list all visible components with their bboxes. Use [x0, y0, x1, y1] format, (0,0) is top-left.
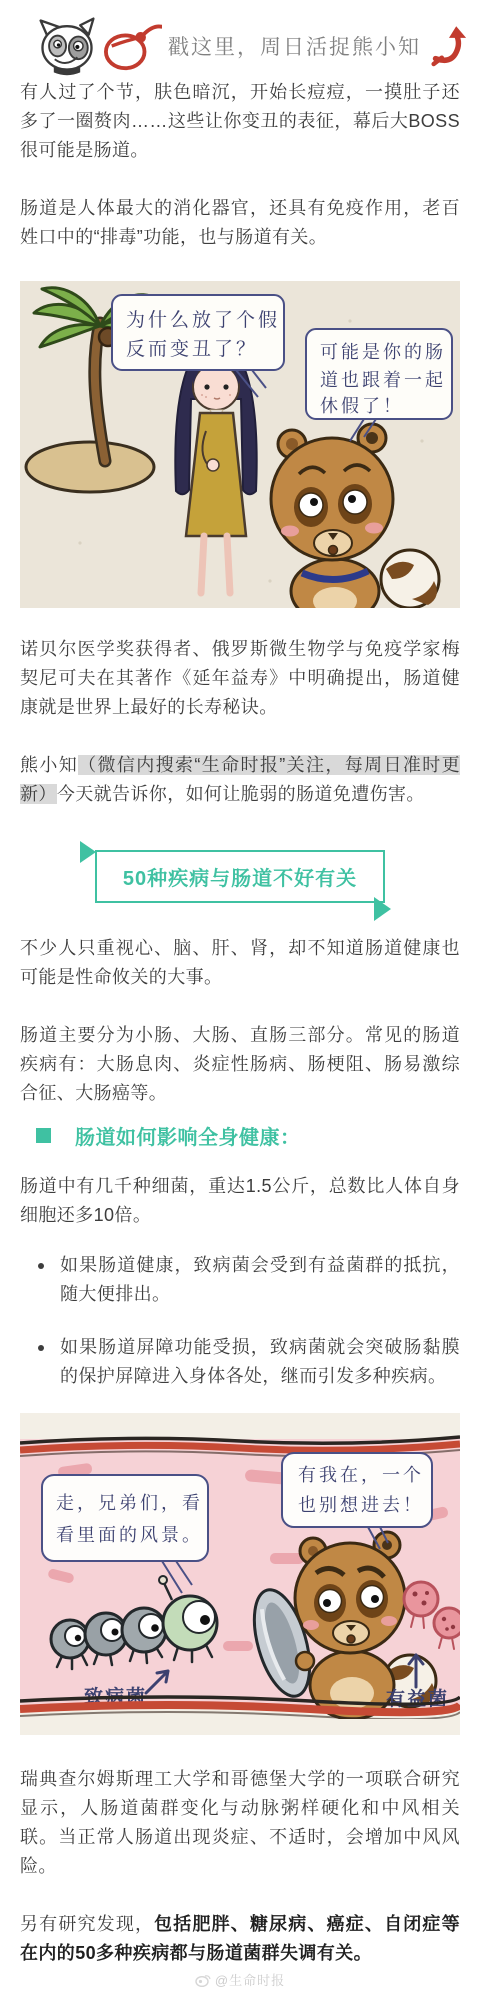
- svg-text:休假了！: 休假了！: [320, 396, 404, 417]
- weibo-icon: [195, 1973, 211, 1987]
- triangle-left-icon: [80, 841, 96, 863]
- sub-heading: 肠道如何影响全身健康：: [20, 1121, 460, 1150]
- paragraph-diseases: 另有研究发现，包括肥胖、糖尿病、癌症、自闭症等在内的50多种疾病都与肠道菌群失调…: [20, 1910, 460, 1968]
- sub-heading-text: 肠道如何影响全身健康：: [75, 1121, 301, 1150]
- raccoon-face-icon: [34, 15, 100, 77]
- svg-text:反而变丑了？: 反而变丑了？: [126, 338, 258, 360]
- top-banner-link[interactable]: 戳这里，周日活捉熊小知: [0, 0, 480, 78]
- svg-text:有益菌: 有益菌: [386, 1687, 449, 1710]
- triangle-right-icon: [374, 897, 391, 921]
- paragraph-nobel: 诺贝尔医学奖获得者、俄罗斯微生物学与免疫学家梅契尼可夫在其著作《延年益寿》中明确…: [20, 635, 460, 722]
- svg-text:可能是你的肠: 可能是你的肠: [320, 342, 446, 363]
- p9-prefix: 另有研究发现，: [20, 1914, 154, 1934]
- svg-text:道也跟着一起: 道也跟着一起: [320, 370, 446, 391]
- bullet-item-healthy: 如果肠道健康，致病菌会受到有益菌群的抵抗，随大便排出。: [20, 1251, 460, 1309]
- paragraph-study: 瑞典查尔姆斯理工大学和哥德堡大学的一项联合研究显示，人肠道菌群变化与动脉粥样硬化…: [20, 1765, 460, 1881]
- paragraph-gut-parts: 肠道主要分为小肠、大肠、直肠三部分。常见的肠道疾病有：大肠息肉、炎症性肠病、肠梗…: [20, 1021, 460, 1108]
- svg-text:为什么放了个假: 为什么放了个假: [126, 309, 280, 331]
- article-page: 戳这里，周日活捉熊小知 有人过了个节，肤色暗沉，开始长痘痘，一摸肚子还多了一圈赘…: [0, 0, 480, 1999]
- svg-text:也别想进去！: 也别想进去！: [298, 1494, 424, 1516]
- red-rope-loop-icon: [100, 19, 162, 73]
- paragraph-bacteria-count: 肠道中有几千种细菌，重达1.5公斤，总数比人体自身细胞还多10倍。: [20, 1172, 460, 1230]
- section-title-box: 50种疾病与肠道不好有关: [95, 850, 385, 903]
- comic-gut-defense: 走，兄弟们，看 看里面的风景。: [20, 1413, 460, 1735]
- svg-text:看里面的风景。: 看里面的风景。: [56, 1525, 203, 1546]
- watermark-text: @生命时报: [215, 1970, 285, 1989]
- watermark: @生命时报: [20, 1970, 460, 1989]
- teal-square-icon: [36, 1128, 51, 1143]
- red-arrow-icon: [431, 25, 467, 67]
- paragraph-gut-role: 肠道是人体最大的消化器官，还具有免疫作用，老百姓口中的“排毒”功能，也与肠道有关…: [20, 194, 460, 252]
- paragraph-intro: 有人过了个节，肤色暗沉，开始长痘痘，一摸肚子还多了一圈赘肉……这些让你变丑的表征…: [20, 78, 460, 165]
- p4-suffix: 今天就告诉你，如何让脆弱的肠道免遭伤害。: [57, 784, 425, 804]
- comic-vacation: 为什么放了个假 反而变丑了？: [20, 281, 460, 608]
- banner-text: 戳这里，周日活捉熊小知: [168, 31, 421, 61]
- svg-text:有我在，一个: 有我在，一个: [298, 1465, 424, 1486]
- bullet-list: 如果肠道健康，致病菌会受到有益菌群的抵抗，随大便排出。 如果肠道屏障功能受损，致…: [20, 1251, 460, 1391]
- paragraph-importance: 不少人只重视心、脑、肝、肾，却不知道肠道健康也可能是性命攸关的大事。: [20, 934, 460, 992]
- paragraph-xiongxiaozhi: 熊小知（微信内搜索“生命时报”关注，每周日准时更新）今天就告诉你，如何让脆弱的肠…: [20, 751, 460, 809]
- section-title-wrap: 50种疾病与肠道不好有关: [20, 850, 460, 903]
- svg-text:走，兄弟们，看: 走，兄弟们，看: [56, 1493, 203, 1514]
- p4-prefix: 熊小知: [20, 755, 78, 775]
- section-title: 50种疾病与肠道不好有关: [123, 868, 357, 890]
- bullet-item-damaged: 如果肠道屏障功能受损，致病菌就会突破肠黏膜的保护屏障进入身体各处，继而引发多种疾…: [20, 1333, 460, 1391]
